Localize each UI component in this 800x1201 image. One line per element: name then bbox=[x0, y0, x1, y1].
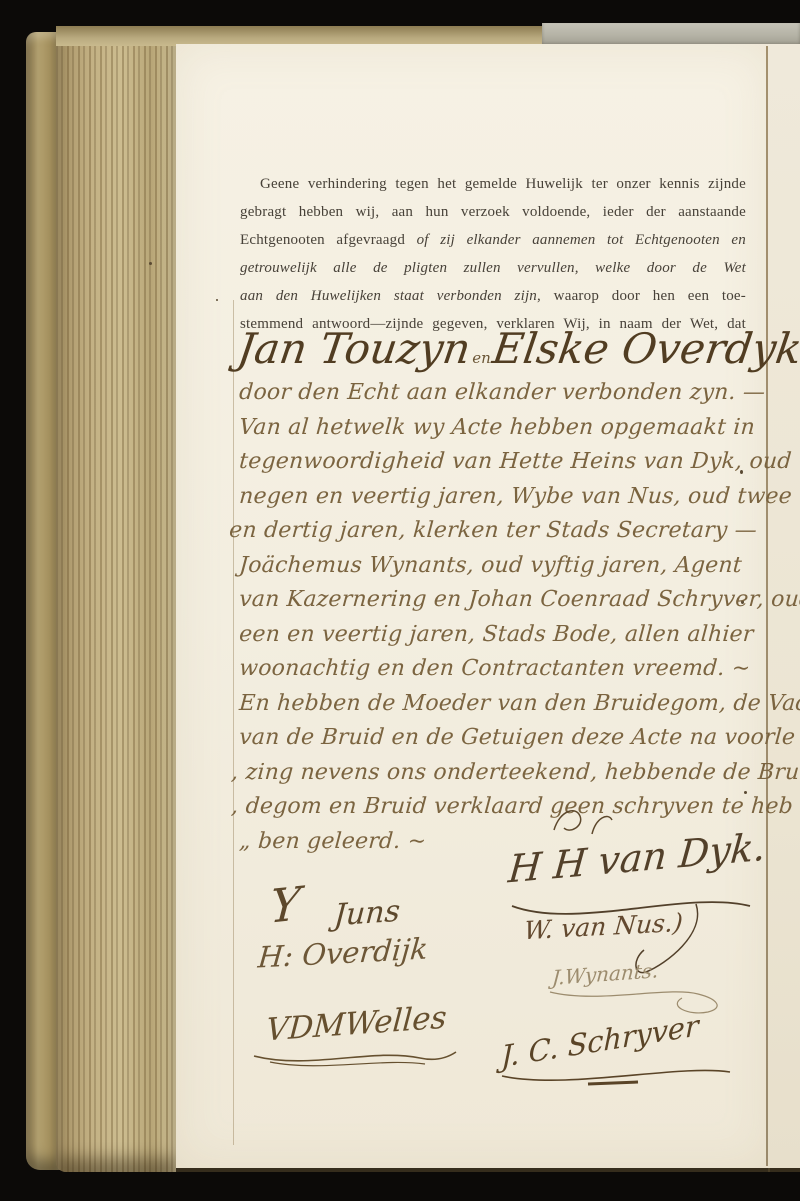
book-cover-edge bbox=[26, 32, 60, 1170]
bride-name: Elske Overdyk bbox=[489, 324, 800, 373]
photo-of-register-page: Geene verhindering tegen het gemelde Huw… bbox=[0, 0, 800, 1201]
handwritten-line: Van al hetwelk wy Acte hebben opgemaakt … bbox=[238, 411, 755, 446]
signature-wynants-flourish bbox=[548, 984, 728, 1018]
margin-rule-line bbox=[233, 300, 234, 1145]
names-conjunction: en bbox=[470, 349, 493, 367]
signature-schryver-flourish bbox=[498, 1062, 738, 1094]
handwritten-line: negen en veertig jaren, Wybe van Nus, ou… bbox=[238, 480, 755, 515]
handwritten-line: , zing nevens ons onderteekend, hebbende… bbox=[230, 756, 755, 791]
handwritten-line: van de Bruid en de Getuigen deze Acte na… bbox=[238, 721, 755, 756]
handwritten-line: door den Echt aan elkander verbonden zyn… bbox=[238, 376, 755, 411]
book-page-edges bbox=[56, 28, 176, 1172]
groom-name: Jan Touzyn bbox=[235, 324, 474, 373]
printed-text: Geene verhindering tegen het gemelde Huw… bbox=[260, 176, 746, 192]
printed-text: gebragt hebben wij, aan hun verzoek vold… bbox=[240, 204, 746, 220]
handwritten-line: en dertig jaren, klerken ter Stads Secre… bbox=[228, 514, 755, 549]
handwritten-line: tegenwoordigheid van Hette Heins van Dyk… bbox=[238, 445, 755, 480]
printed-text: Echtgenooten afgevraagd bbox=[240, 232, 417, 248]
signature-welles-flourish bbox=[250, 1046, 460, 1072]
printed-paragraph: Geene verhindering tegen het gemelde Huw… bbox=[240, 170, 746, 338]
printed-line: getrouwelijk alle de pligten zullen verv… bbox=[240, 254, 746, 282]
signature-jans: Juns bbox=[333, 894, 401, 934]
handwritten-line: een en veertig jaren, Stads Bode, allen … bbox=[238, 618, 755, 653]
printed-text-italic: aan den Huwelijken staat verbonden zijn bbox=[240, 288, 537, 304]
signature-van-dyk-top-flourish bbox=[546, 800, 616, 840]
handwritten-body: door den Echt aan elkander verbonden zyn… bbox=[238, 376, 753, 859]
handwritten-line: van Kazernering en Johan Coenraad Schryv… bbox=[238, 583, 755, 618]
ink-speck bbox=[216, 299, 218, 301]
printed-line: Echtgenooten afgevraagd of zij elkander … bbox=[240, 226, 746, 254]
handwritten-line: En hebben de Moeder van den Bruidegom, d… bbox=[238, 687, 755, 722]
printed-line: gebragt hebben wij, aan hun verzoek vold… bbox=[240, 198, 746, 226]
printed-line: aan den Huwelijken staat verbonden zijn,… bbox=[240, 282, 746, 310]
signature-jans-initial: Y bbox=[268, 876, 302, 934]
printed-text-italic: getrouwelijk alle de pligten zullen verv… bbox=[240, 260, 746, 276]
printed-text-italic: of zij elkander aannemen tot Echtgenoote… bbox=[417, 232, 746, 248]
handwritten-line: Joächemus Wynants, oud vyftig jaren, Age… bbox=[238, 549, 755, 584]
handwritten-line: woonachtig en den Contractanten vreemd. … bbox=[238, 652, 755, 687]
printed-text: , waarop door hen een toe- bbox=[537, 288, 746, 304]
binding-tape bbox=[542, 23, 800, 46]
handwritten-line: , degom en Bruid verklaard geen schryven… bbox=[230, 790, 755, 825]
printed-line: Geene verhindering tegen het gemelde Huw… bbox=[240, 170, 746, 198]
ink-speck bbox=[149, 262, 152, 265]
